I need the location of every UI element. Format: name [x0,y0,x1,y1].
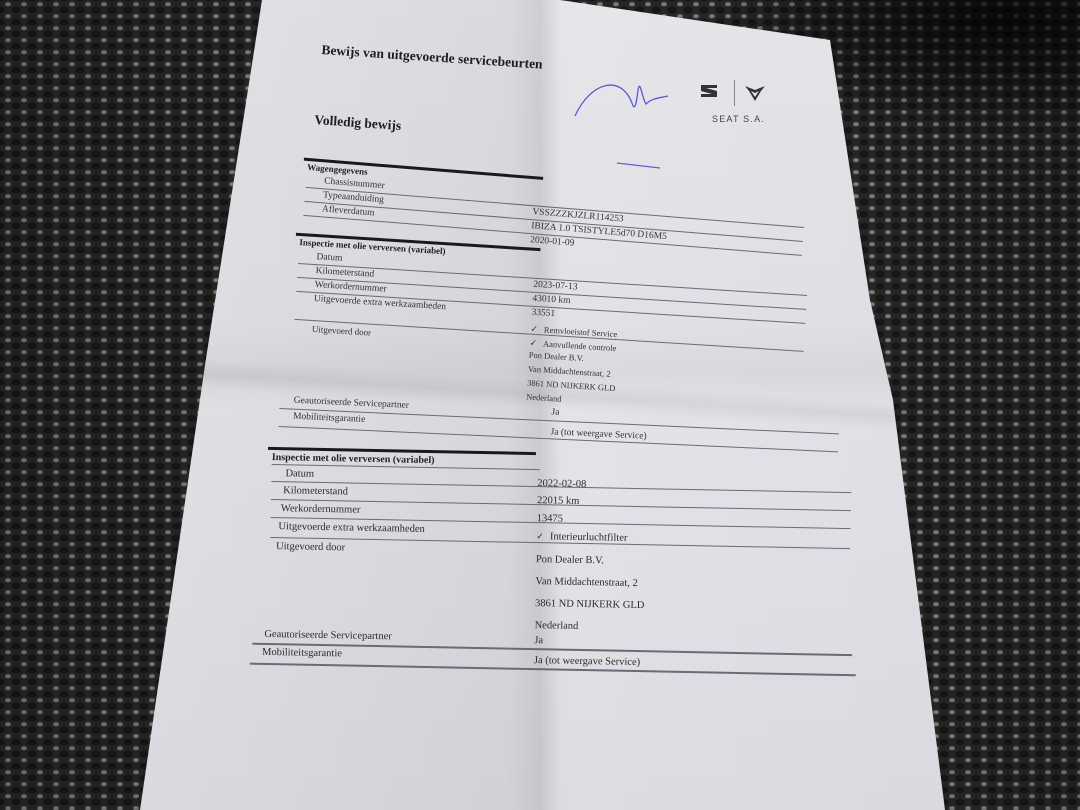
pen-mark-icon [615,160,665,170]
seat-logo-icon [700,84,718,98]
row-rule [252,643,852,656]
partner-label: Geautoriseerde Servicepartner [264,629,392,642]
signature-icon [570,68,680,118]
datum-value: 2022-02-08 [537,478,586,490]
dealer-city: 3861 ND NIJKERK GLD [527,378,616,394]
performed-by-label: Uitgevoerd door [312,324,372,338]
dealer-name: Pon Dealer B.V. [536,554,604,566]
dealer-country: Nederland [535,620,579,632]
mobility-label: Mobiliteitsgarantie [262,647,342,660]
document-subtitle: Volledig bewijs [314,112,402,134]
check-icon: ✓ [536,532,544,542]
dealer-street: Van Middachtenstraat, 2 [528,364,611,379]
brand-name: SEAT S.A. [712,114,765,124]
datum-label: Datum [285,468,314,480]
mobility-label: Mobiliteitsgarantie [293,412,366,425]
extra-work-label: Uitgevoerde extra werkzaamheden [278,521,425,535]
cupra-logo-icon [744,84,766,102]
km-label: Kilometerstand [283,485,348,497]
logo-divider [734,80,735,106]
datum-value: 2023-07-13 [533,280,578,293]
partner-value: Ja [551,407,559,417]
dealer-city: 3861 ND NIJKERK GLD [535,598,645,611]
datum-label: Datum [316,252,342,264]
mobility-value: Ja (tot weergave Service) [534,655,640,668]
dealer-country: Nederland [526,392,562,404]
order-label: Werkordernummer [281,503,361,516]
brand-logo: SEAT S.A. [700,80,790,130]
partner-value: Ja [534,635,543,646]
check-icon: ✓ [529,339,537,349]
document-title: Bewijs van uitgevoerde servicebeurten [321,42,543,73]
performed-by-label: Uitgevoerd door [276,541,345,553]
order-value: 33551 [531,308,555,319]
km-value: 43010 km [532,294,571,306]
dealer-street: Van Middachtenstraat, 2 [535,576,638,589]
service-proof-document: Bewijs van uitgevoerde servicebeurten Vo… [0,0,1080,810]
inspection-section-2: Inspectie met olie verversen (variabel) … [268,447,862,688]
dealer-name: Pon Dealer B.V. [529,350,585,363]
